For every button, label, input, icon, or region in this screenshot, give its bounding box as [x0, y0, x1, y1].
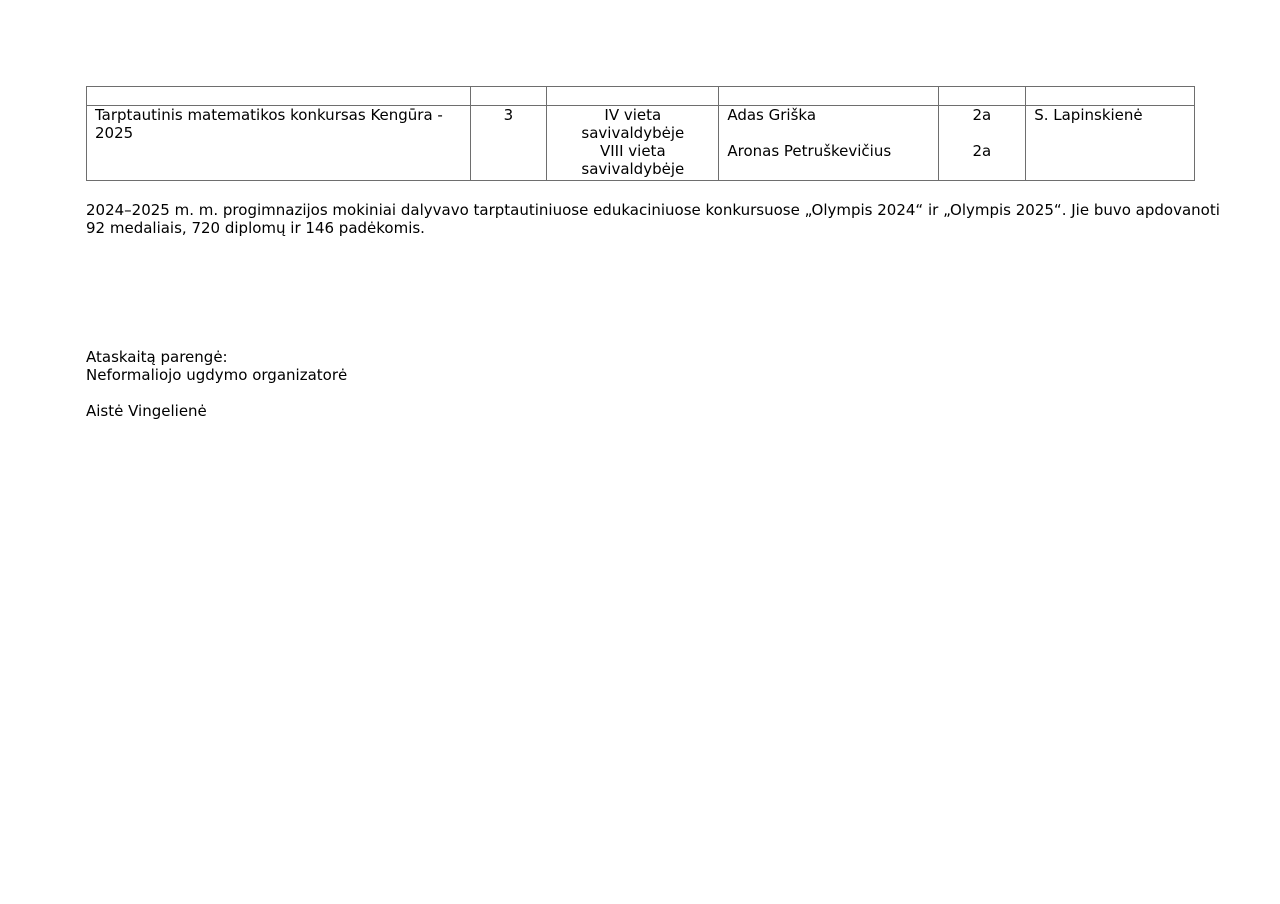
student-class: 2a	[947, 142, 1018, 160]
result-place: IV vieta	[555, 106, 710, 124]
table-header-row	[87, 87, 1195, 106]
classes-cell: 2a 2a	[938, 106, 1026, 181]
teacher-cell: S. Lapinskienė	[1026, 106, 1195, 181]
header-cell	[938, 87, 1026, 106]
prepared-by-label: Ataskaitą parengė:	[86, 348, 347, 366]
summary-line: 2024–2025 m. m. progimnazijos mokiniai d…	[86, 201, 1256, 219]
result-place: VIII vieta	[555, 142, 710, 160]
header-cell	[719, 87, 938, 106]
students-cell: Adas Griška Aronas Petruškevičius	[719, 106, 938, 181]
author-name: Aistė Vingelienė	[86, 402, 347, 420]
result-scope: savivaldybėje	[555, 124, 710, 142]
summary-paragraph: 2024–2025 m. m. progimnazijos mokiniai d…	[86, 201, 1256, 237]
header-cell	[87, 87, 471, 106]
result-scope: savivaldybėje	[555, 160, 710, 178]
author-position: Neformaliojo ugdymo organizatorė	[86, 366, 347, 384]
signature-block: Ataskaitą parengė: Neformaliojo ugdymo o…	[86, 348, 347, 420]
student-name: Adas Griška	[727, 106, 929, 124]
student-name: Aronas Petruškevičius	[727, 142, 929, 160]
competition-name-cell: Tarptautinis matematikos konkursas Kengū…	[87, 106, 471, 181]
competition-results-table: Tarptautinis matematikos konkursas Kengū…	[86, 86, 1195, 181]
participants-count-cell: 3	[470, 106, 547, 181]
header-cell	[547, 87, 719, 106]
student-class: 2a	[947, 106, 1018, 124]
header-cell	[470, 87, 547, 106]
results-cell: IV vieta savivaldybėje VIII vieta saviva…	[547, 106, 719, 181]
summary-line: 92 medaliais, 720 diplomų ir 146 padėkom…	[86, 219, 1256, 237]
table-row: Tarptautinis matematikos konkursas Kengū…	[87, 106, 1195, 181]
header-cell	[1026, 87, 1195, 106]
